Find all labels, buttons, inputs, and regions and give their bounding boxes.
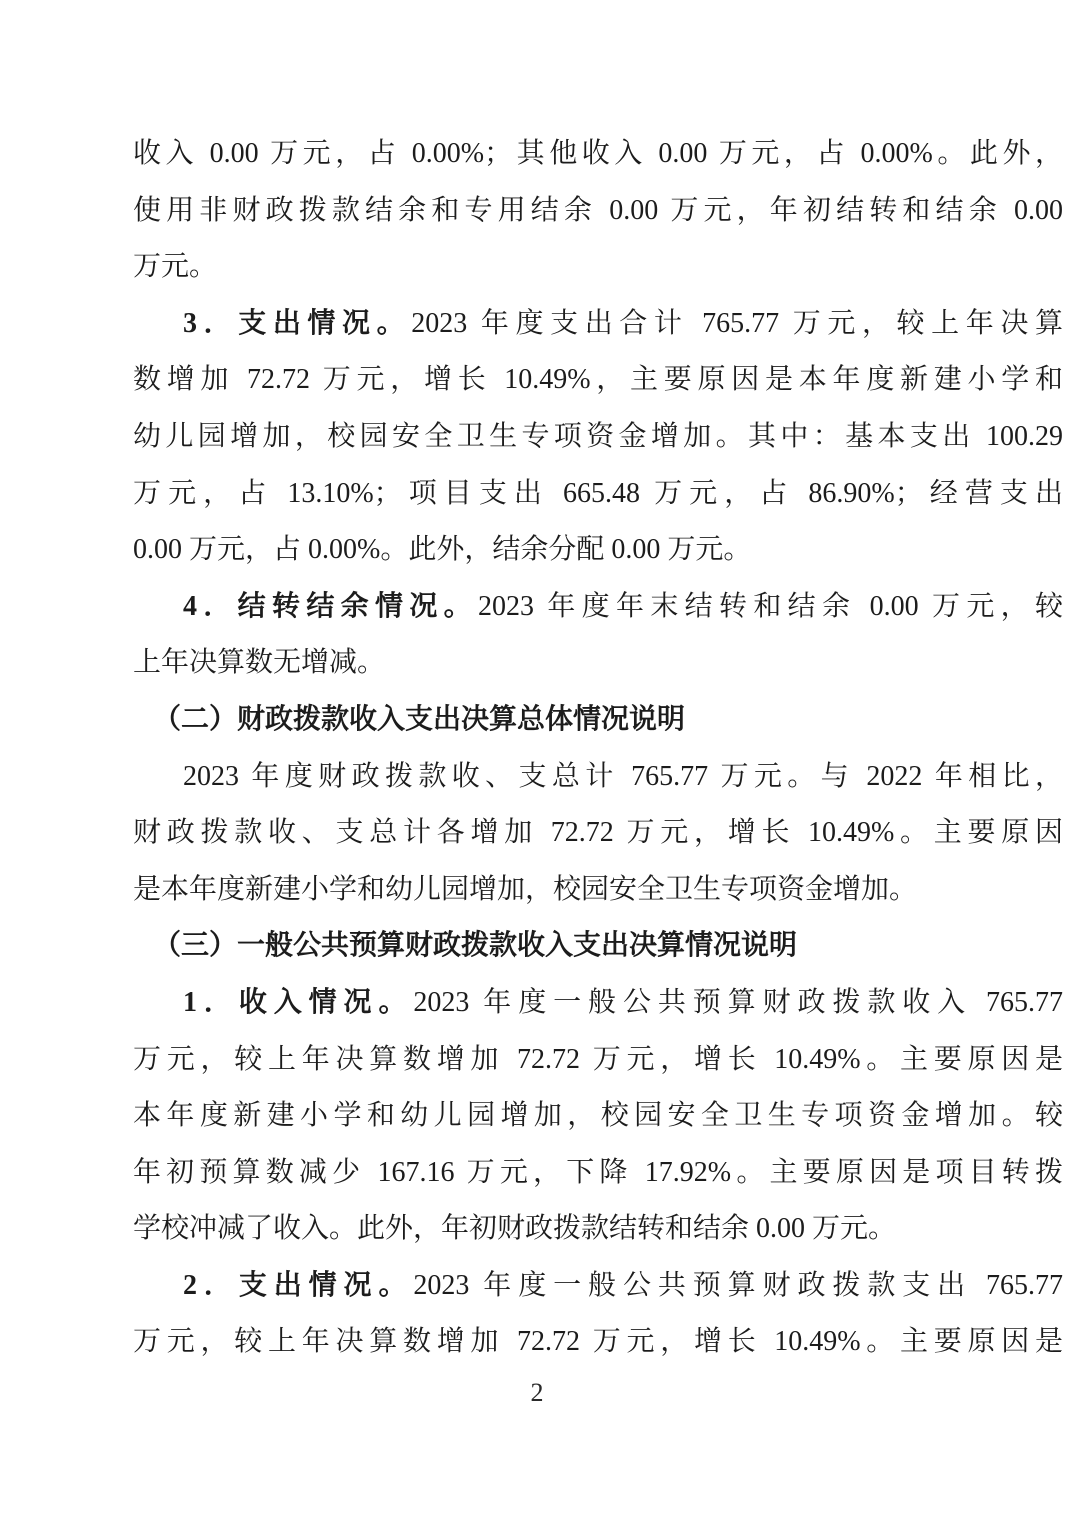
text-line: 数增加 72.72 万元，增长 10.49%，主要原因是本年度新建小学和 (133, 352, 1063, 409)
text-line: 年初预算数减少 167.16 万元，下降 17.92%。主要原因是项目转拨 (133, 1145, 1063, 1202)
text-line: 幼儿园增加，校园安全卫生专项资金增加。其中：基本支出 100.29 (133, 409, 1063, 466)
text-line: 万元。 (133, 239, 1063, 296)
text-line: 2．支出情况。2023 年度一般公共预算财政拨款支出 765.77 (133, 1258, 1063, 1315)
paragraph-text: 2023 年度一般公共预算财政拨款支出 765.77 (413, 1270, 1063, 1301)
text-line: 万元，占 13.10%；项目支出 665.48 万元，占 86.90%；经营支出 (133, 466, 1063, 523)
paragraph-lead: 3．支出情况。 (183, 308, 411, 339)
text-line: 4．结转结余情况。2023 年度年末结转和结余 0.00 万元，较 (133, 579, 1063, 636)
text-line: 财政拨款收、支总计各增加 72.72 万元，增长 10.49%。主要原因 (133, 805, 1063, 862)
text-line: 1．收入情况。2023 年度一般公共预算财政拨款收入 765.77 (133, 975, 1063, 1032)
paragraph-text: 2023 年度一般公共预算财政拨款收入 765.77 (413, 987, 1063, 1018)
text-line: 本年度新建小学和幼儿园增加，校园安全卫生专项资金增加。较 (133, 1088, 1063, 1145)
text-line: 学校冲减了收入。此外，年初财政拨款结转和结余 0.00 万元。 (133, 1201, 1063, 1258)
text-line: 收入 0.00 万元，占 0.00%；其他收入 0.00 万元，占 0.00%。… (133, 126, 1063, 183)
document-page: 收入 0.00 万元，占 0.00%；其他收入 0.00 万元，占 0.00%。… (0, 0, 1074, 1520)
text-line: 3．支出情况。2023 年度支出合计 765.77 万元，较上年决算 (133, 296, 1063, 353)
page-number: 2 (0, 1378, 1074, 1408)
section-heading-3: （三）一般公共预算财政拨款收入支出决算情况说明 (133, 918, 1063, 975)
section-heading-2: （二）财政拨款收入支出决算总体情况说明 (133, 692, 1063, 749)
paragraph-text: 2023 年度年末结转和结余 0.00 万元，较 (478, 591, 1063, 622)
paragraph-lead: 4．结转结余情况。 (183, 591, 478, 622)
text-line: 万元，较上年决算数增加 72.72 万元，增长 10.49%。主要原因是 (133, 1032, 1063, 1089)
text-line: 万元，较上年决算数增加 72.72 万元，增长 10.49%。主要原因是 (133, 1314, 1063, 1371)
text-line: 使用非财政拨款结余和专用结余 0.00 万元，年初结转和结余 0.00 (133, 183, 1063, 240)
paragraph-text: 2023 年度支出合计 765.77 万元，较上年决算 (411, 308, 1063, 339)
text-line: 上年决算数无增减。 (133, 635, 1063, 692)
text-line: 是本年度新建小学和幼儿园增加，校园安全卫生专项资金增加。 (133, 862, 1063, 919)
page-content: 收入 0.00 万元，占 0.00%；其他收入 0.00 万元，占 0.00%。… (133, 126, 1063, 1371)
paragraph-lead: 1．收入情况。 (183, 987, 413, 1018)
text-line: 2023 年度财政拨款收、支总计 765.77 万元。与 2022 年相比， (133, 749, 1063, 806)
text-line: 0.00 万元，占 0.00%。此外，结余分配 0.00 万元。 (133, 522, 1063, 579)
paragraph-lead: 2．支出情况。 (183, 1270, 413, 1301)
